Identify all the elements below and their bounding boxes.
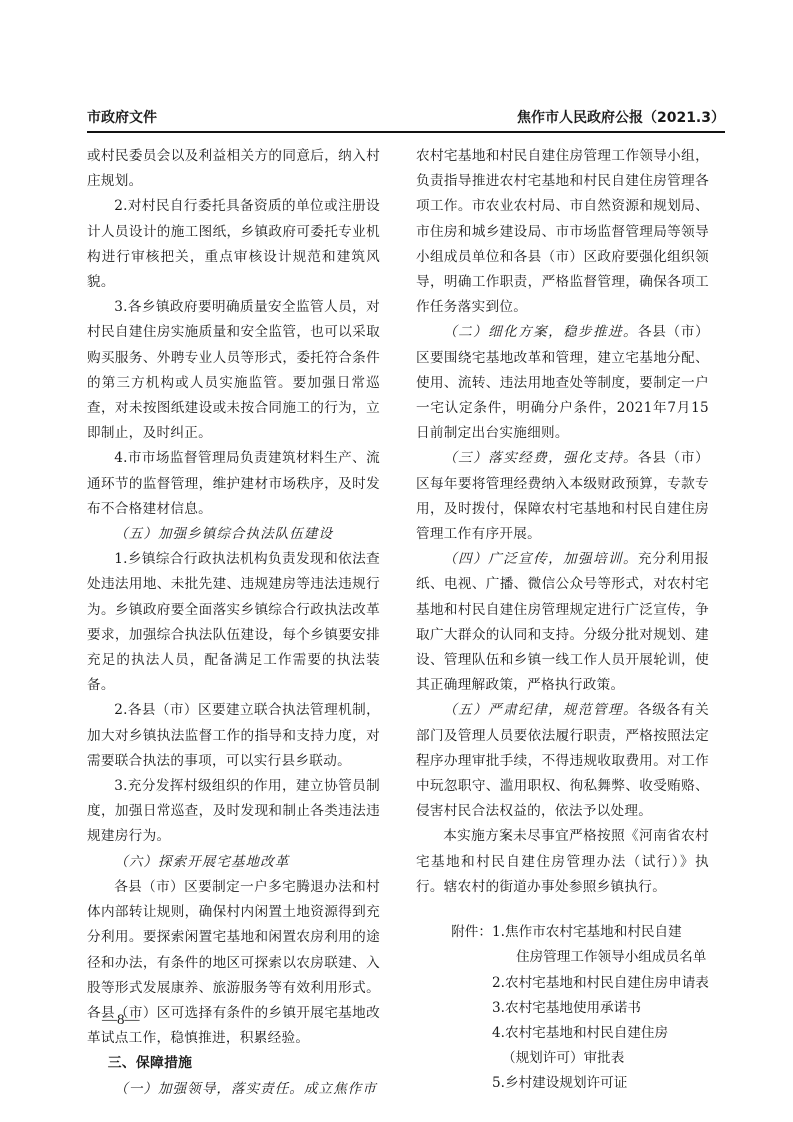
paragraph: （五）严肃纪律，规范管理。各级各有关部门及管理人员要依法履行职责，严格按照法定程… xyxy=(416,698,709,824)
attachment-item-continued: 住房管理工作领导小组成员名单 xyxy=(416,945,709,970)
attachment-title: 农村宅基地和村民自建住房 xyxy=(505,1025,668,1041)
paragraph: 本实施方案未尽事宜严格按照《河南省农村宅基地和村民自建住房管理办法（试行）》执行… xyxy=(416,824,709,900)
attachment-item: 3.农村宅基地使用承诺书 xyxy=(416,996,709,1021)
paragraph-body: 各级各有关部门及管理人员要依法履行职责，严格按照法定程序办理审批手续，不得违规收… xyxy=(416,702,709,819)
attachment-item: 2.农村宅基地和村民自建住房申请表 xyxy=(416,971,709,996)
left-column: 或村民委员会以及利益相关方的同意后，纳入村庄规划。 2.对村民自行委托具备资质的… xyxy=(87,144,380,1102)
paragraph: 4.市市场监督管理局负责建筑材料生产、流通环节的监督管理，维护建材市场秩序，及时… xyxy=(87,446,380,522)
paragraph-body: 充分利用报纸、电视、广播、微信公众号等形式，对农村宅基地和村民自建住房管理规定进… xyxy=(416,551,709,693)
paragraph-lead: （二）细化方案，稳步推进。 xyxy=(443,324,638,340)
paragraph: 农村宅基地和村民自建住房管理工作领导小组，负责指导推进农村宅基地和村民自建住房管… xyxy=(416,144,709,320)
attachment-item: 4.农村宅基地和村民自建住房 xyxy=(416,1021,709,1046)
attachment-item-continued: （规划许可）审批表 xyxy=(416,1046,709,1071)
paragraph: 3.各乡镇政府要明确质量安全监管人员，对村民自建住房实施质量和安全监管，也可以采… xyxy=(87,295,380,446)
attachment-title: 农村宅基地使用承诺书 xyxy=(505,1000,641,1016)
subheading: （五）加强乡镇综合执法队伍建设 xyxy=(87,522,380,547)
section-heading: 三、保障措施 xyxy=(87,1051,380,1076)
attachment-number: 3. xyxy=(492,1000,505,1016)
attachment-title: 农村宅基地和村民自建住房申请表 xyxy=(505,975,709,991)
attachment-number: 1. xyxy=(492,924,505,940)
attachment-item: 5.乡村建设规划许可证 xyxy=(416,1071,709,1096)
attachment-title: （规划许可）审批表 xyxy=(502,1050,624,1066)
page-number: —8— xyxy=(102,1012,140,1029)
paragraph: （三）落实经费，强化支持。各县（市）区每年要将管理经费纳入本级财政预算，专款专用… xyxy=(416,446,709,547)
attachment-title: 焦作市农村宅基地和村民自建 xyxy=(505,924,682,940)
paragraph: （二）细化方案，稳步推进。各县（市）区要围绕宅基地改革和管理，建立宅基地分配、使… xyxy=(416,320,709,446)
attachments-list: 附件： 1.焦作市农村宅基地和村民自建 住房管理工作领导小组成员名单 2.农村宅… xyxy=(416,920,709,1096)
attachment-title: 住房管理工作领导小组成员名单 xyxy=(516,949,706,965)
paragraph: 或村民委员会以及利益相关方的同意后，纳入村庄规划。 xyxy=(87,144,380,194)
running-header: 市政府文件 焦作市人民政府公报（2021.3） xyxy=(87,107,725,129)
attachment-item: 附件： 1.焦作市农村宅基地和村民自建 xyxy=(416,920,709,945)
attachment-number: 2. xyxy=(492,975,505,991)
subheading: （一）加强领导，落实责任。成立焦作市 xyxy=(87,1077,380,1102)
attachment-number: 5. xyxy=(492,1075,505,1091)
paragraph-lead: （三）落实经费，强化支持。 xyxy=(443,450,638,466)
header-rule xyxy=(87,131,725,133)
paragraph: （四）广泛宣传，加强培训。充分利用报纸、电视、广播、微信公众号等形式，对农村宅基… xyxy=(416,547,709,698)
attachment-number: 4. xyxy=(492,1025,505,1041)
paragraph: 2.各县（市）区要建立联合执法管理机制，加大对乡镇执法监督工作的指导和支持力度，… xyxy=(87,698,380,774)
paragraph: 3.充分发挥村级组织的作用，建立协管员制度，加强日常巡查，及时发现和制止各类违法… xyxy=(87,774,380,850)
subheading: （六）探索开展宅基地改革 xyxy=(87,850,380,875)
attachments-label: 附件： xyxy=(416,920,492,945)
right-column: 农村宅基地和村民自建住房管理工作领导小组，负责指导推进农村宅基地和村民自建住房管… xyxy=(416,144,709,1097)
header-section-label: 市政府文件 xyxy=(87,107,157,127)
header-publication-title: 焦作市人民政府公报（2021.3） xyxy=(517,107,725,127)
paragraph: 2.对村民自行委托具备资质的单位或注册设计人员设计的施工图纸，乡镇政府可委托专业… xyxy=(87,194,380,295)
paragraph-lead: （五）严肃纪律，规范管理。 xyxy=(443,702,638,718)
attachment-title: 乡村建设规划许可证 xyxy=(505,1075,627,1091)
paragraph-lead: （四）广泛宣传，加强培训。 xyxy=(443,551,638,567)
paragraph: 1.乡镇综合行政执法机构负责发现和依法查处违法用地、未批先建、违规建房等违法违规… xyxy=(87,547,380,698)
paragraph-body: 各县（市）区要围绕宅基地改革和管理，建立宅基地分配、使用、流转、违法用地查处等制… xyxy=(416,324,709,441)
